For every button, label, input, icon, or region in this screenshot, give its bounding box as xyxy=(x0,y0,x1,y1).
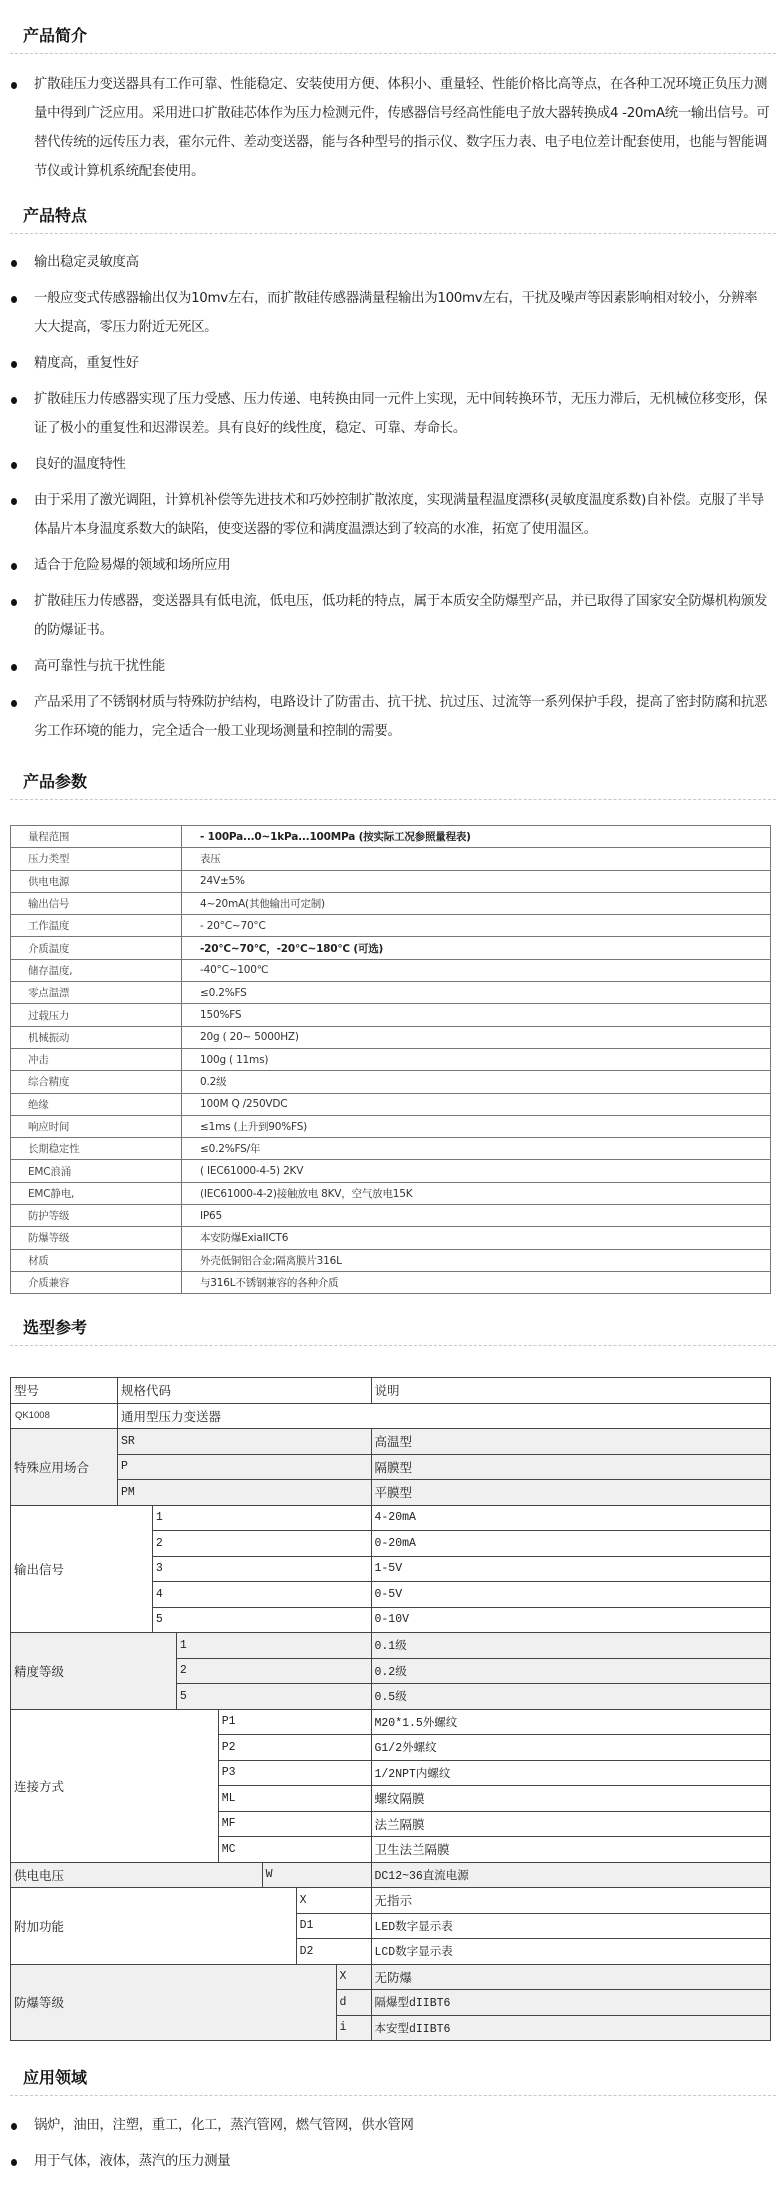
option-code: P3 xyxy=(218,1760,371,1786)
param-value: 本安防爆ExiaIICT6 xyxy=(182,1227,771,1249)
option-desc: 1/2NPT内螺纹 xyxy=(371,1760,771,1786)
table-row: 压力类型表压 xyxy=(11,848,771,870)
option-code: MF xyxy=(218,1811,371,1837)
param-name: 绝缘 xyxy=(11,1093,182,1115)
table-row: 储存温度,-40°C~100℃ xyxy=(11,959,771,981)
table-row: PM 平膜型 xyxy=(11,1480,771,1506)
option-desc: 卫生法兰隔膜 xyxy=(371,1837,771,1863)
param-name: 压力类型 xyxy=(11,848,182,870)
param-value: (IEC61000-4-2)接触放电 8KV，空气放电15K xyxy=(182,1182,771,1204)
param-value: ( IEC61000-4-5) 2KV xyxy=(182,1160,771,1182)
param-value: ≤0.2%FS xyxy=(182,982,771,1004)
param-value: ≤1ms (上升到90%FS) xyxy=(182,1115,771,1137)
list-item: 高可靠性与抗干扰性能 xyxy=(0,652,776,681)
param-value: 100g ( 11ms) xyxy=(182,1048,771,1070)
group-label: 输出信号 xyxy=(11,1505,153,1633)
option-code: MC xyxy=(218,1837,371,1863)
section-header-intro: 产品简介 xyxy=(10,22,776,54)
header-code: 规格代码 xyxy=(117,1378,371,1404)
model-desc: 通用型压力变送器 xyxy=(117,1403,770,1429)
table-row: 精度等级 1 0.1级 xyxy=(11,1633,771,1659)
intro-list: 扩散硅压力变送器具有工作可靠、性能稳定、安装使用方便、体积小、重量轻、性能价格比… xyxy=(0,70,776,193)
list-item: 用于气体，液体，蒸汽的压力测量 xyxy=(0,2147,776,2176)
section-title: 应用领域 xyxy=(23,2064,776,2092)
list-item: 良好的温度特性 xyxy=(0,450,776,479)
option-desc: 0-5V xyxy=(371,1582,771,1608)
param-value: 150%FS xyxy=(182,1004,771,1026)
list-item: 扩散硅压力变送器具有工作可靠、性能稳定、安装使用方便、体积小、重量轻、性能价格比… xyxy=(0,70,776,186)
table-row: 防爆等级本安防爆ExiaIICT6 xyxy=(11,1227,771,1249)
list-item: 锅炉，油田，注塑，重工，化工，蒸汽管网，燃气管网，供水管网 xyxy=(0,2111,776,2140)
option-code: 3 xyxy=(152,1556,371,1582)
param-value: 4~20mA(其他输出可定制) xyxy=(182,892,771,914)
table-row: 响应时间≤1ms (上升到90%FS) xyxy=(11,1115,771,1137)
group-label: 供电电压 xyxy=(11,1862,263,1888)
section-title: 产品参数 xyxy=(23,768,776,796)
option-desc: 0.1级 xyxy=(371,1633,771,1659)
option-desc: LED数字显示表 xyxy=(371,1913,771,1939)
group-label: 防爆等级 xyxy=(11,1964,337,2041)
option-desc: 无指示 xyxy=(371,1888,771,1914)
table-row: 附加功能 X 无指示 xyxy=(11,1888,771,1914)
param-name: EMC浪涌 xyxy=(11,1160,182,1182)
option-desc: DC12~36直流电源 xyxy=(371,1862,771,1888)
list-item: 输出稳定灵敏度高 xyxy=(0,248,776,277)
option-code: i xyxy=(336,2015,371,2041)
option-code: X xyxy=(336,1964,371,1990)
option-desc: 0-20mA xyxy=(371,1531,771,1557)
option-desc: G1/2外螺纹 xyxy=(371,1735,771,1761)
param-value: -40°C~100℃ xyxy=(182,959,771,981)
option-code: P2 xyxy=(218,1735,371,1761)
table-row: 防护等级IP65 xyxy=(11,1205,771,1227)
selection-header-row: 型号 规格代码 说明 xyxy=(11,1378,771,1404)
table-row: 零点温漂≤0.2%FS xyxy=(11,982,771,1004)
option-code: W xyxy=(262,1862,371,1888)
table-row: 输出信号 1 4-20mA xyxy=(11,1505,771,1531)
param-value: 外壳低铜铝合金;隔离膜片316L xyxy=(182,1249,771,1271)
list-item: 适合于危险易爆的领域和场所应用 xyxy=(0,551,776,580)
table-row: 长期稳定性≤0.2%FS/年 xyxy=(11,1138,771,1160)
param-value: 100M Q /250VDC xyxy=(182,1093,771,1115)
option-code: ML xyxy=(218,1786,371,1812)
param-value: 24V±5% xyxy=(182,870,771,892)
table-row: 综合精度0.2级 xyxy=(11,1071,771,1093)
param-name: EMC静电, xyxy=(11,1182,182,1204)
param-name: 工作温度 xyxy=(11,915,182,937)
param-name: 长期稳定性 xyxy=(11,1138,182,1160)
table-row: P 隔膜型 xyxy=(11,1454,771,1480)
section-header-features: 产品特点 xyxy=(10,202,776,234)
section-header-selection: 选型参考 xyxy=(10,1314,776,1346)
option-code: 2 xyxy=(152,1531,371,1557)
param-name: 防爆等级 xyxy=(11,1227,182,1249)
applications-list: 锅炉，油田，注塑，重工，化工，蒸汽管网，燃气管网，供水管网 用于气体，液体，蒸汽… xyxy=(0,2111,776,2183)
param-name: 量程范围 xyxy=(11,826,182,848)
option-code: 2 xyxy=(176,1658,371,1684)
option-code: 5 xyxy=(176,1684,371,1710)
param-value: 与316L不锈钢兼容的各种介质 xyxy=(182,1271,771,1293)
section-title: 选型参考 xyxy=(23,1314,776,1342)
features-list: 输出稳定灵敏度高 一般应变式传感器输出仅为10mv左右，而扩散硅传感器满量程输出… xyxy=(0,248,776,753)
option-desc: 本安型dIIBT6 xyxy=(371,2015,771,2041)
param-name: 输出信号 xyxy=(11,892,182,914)
param-name: 材质 xyxy=(11,1249,182,1271)
table-row: 介质兼容与316L不锈钢兼容的各种介质 xyxy=(11,1271,771,1293)
table-row: 供电电源24V±5% xyxy=(11,870,771,892)
option-code: 5 xyxy=(152,1607,371,1633)
option-code: P1 xyxy=(218,1709,371,1735)
table-row: 过载压力150%FS xyxy=(11,1004,771,1026)
option-desc: LCD数字显示表 xyxy=(371,1939,771,1965)
option-desc: 0.5级 xyxy=(371,1684,771,1710)
option-desc: 4-20mA xyxy=(371,1505,771,1531)
list-item: 扩散硅压力传感器，变送器具有低电流，低电压，低功耗的特点，属于本质安全防爆型产品… xyxy=(0,587,776,645)
model-code: QK1008 xyxy=(11,1403,118,1429)
option-code: D1 xyxy=(296,1913,371,1939)
param-name: 综合精度 xyxy=(11,1071,182,1093)
param-name: 介质温度 xyxy=(11,937,182,959)
param-value: 0.2级 xyxy=(182,1071,771,1093)
param-value: 20g ( 20~ 5000HZ) xyxy=(182,1026,771,1048)
param-value: - 100Pa...0~1kPa...100MPa (按实际工况参照量程表) xyxy=(182,826,771,848)
option-desc: 隔膜型 xyxy=(371,1454,771,1480)
option-code: X xyxy=(296,1888,371,1914)
table-row: 连接方式 P1 M20*1.5外螺纹 xyxy=(11,1709,771,1735)
option-desc: 0-10V xyxy=(371,1607,771,1633)
group-label: 附加功能 xyxy=(11,1888,297,1965)
table-row: 机械振动20g ( 20~ 5000HZ) xyxy=(11,1026,771,1048)
param-name: 冲击 xyxy=(11,1048,182,1070)
param-name: 机械振动 xyxy=(11,1026,182,1048)
option-code: 1 xyxy=(152,1505,371,1531)
option-desc: 0.2级 xyxy=(371,1658,771,1684)
option-code: 4 xyxy=(152,1582,371,1608)
table-row: 输出信号4~20mA(其他输出可定制) xyxy=(11,892,771,914)
table-row: 工作温度- 20°C~70°C xyxy=(11,915,771,937)
header-desc: 说明 xyxy=(371,1378,771,1404)
param-name: 储存温度, xyxy=(11,959,182,981)
table-row: 供电电压 W DC12~36直流电源 xyxy=(11,1862,771,1888)
param-name: 零点温漂 xyxy=(11,982,182,1004)
option-desc: 平膜型 xyxy=(371,1480,771,1506)
table-row: 绝缘100M Q /250VDC xyxy=(11,1093,771,1115)
table-row: 量程范围- 100Pa...0~1kPa...100MPa (按实际工况参照量程… xyxy=(11,826,771,848)
list-item: 产品采用了不锈钢材质与特殊防护结构，电路设计了防雷击、抗干扰、抗过压、过流等一系… xyxy=(0,688,776,746)
group-label: 连接方式 xyxy=(11,1709,219,1862)
group-label: 特殊应用场合 xyxy=(11,1429,118,1506)
section-title: 产品简介 xyxy=(23,22,776,50)
option-desc: 法兰隔膜 xyxy=(371,1811,771,1837)
param-name: 过载压力 xyxy=(11,1004,182,1026)
param-value: - 20°C~70°C xyxy=(182,915,771,937)
param-value: ≤0.2%FS/年 xyxy=(182,1138,771,1160)
param-name: 供电电源 xyxy=(11,870,182,892)
table-row: 冲击100g ( 11ms) xyxy=(11,1048,771,1070)
header-model: 型号 xyxy=(11,1378,118,1404)
param-value: -20°C~70°C，-20℃~180℃ (可选) xyxy=(182,937,771,959)
param-name: 响应时间 xyxy=(11,1115,182,1137)
list-item: 精度高，重复性好 xyxy=(0,349,776,378)
param-value: 表压 xyxy=(182,848,771,870)
option-code: PM xyxy=(117,1480,371,1506)
option-desc: 1-5V xyxy=(371,1556,771,1582)
table-row: 防爆等级 X 无防爆 xyxy=(11,1964,771,1990)
table-row: EMC静电,(IEC61000-4-2)接触放电 8KV，空气放电15K xyxy=(11,1182,771,1204)
option-desc: M20*1.5外螺纹 xyxy=(371,1709,771,1735)
option-code: d xyxy=(336,1990,371,2016)
section-header-params: 产品参数 xyxy=(10,768,776,800)
table-row: EMC浪涌( IEC61000-4-5) 2KV xyxy=(11,1160,771,1182)
list-item: 扩散硅压力传感器实现了压力受感、压力传递、电转换由同一元件上实现，无中间转换环节… xyxy=(0,385,776,443)
list-item: 由于采用了激光调阻，计算机补偿等先进技术和巧妙控制扩散浓度，实现满量程温度漂移(… xyxy=(0,486,776,544)
param-value: IP65 xyxy=(182,1205,771,1227)
option-code: SR xyxy=(117,1429,371,1455)
section-title: 产品特点 xyxy=(23,202,776,230)
param-name: 介质兼容 xyxy=(11,1271,182,1293)
table-row: 介质温度-20°C~70°C，-20℃~180℃ (可选) xyxy=(11,937,771,959)
option-desc: 螺纹隔膜 xyxy=(371,1786,771,1812)
list-item: 一般应变式传感器输出仅为10mv左右，而扩散硅传感器满量程输出为100mv左右，… xyxy=(0,284,776,342)
group-label: 精度等级 xyxy=(11,1633,177,1710)
selection-table: 型号 规格代码 说明 QK1008 通用型压力变送器 特殊应用场合 SR 高温型… xyxy=(10,1377,771,2041)
section-header-applications: 应用领域 xyxy=(10,2064,776,2096)
param-name: 防护等级 xyxy=(11,1205,182,1227)
option-desc: 隔爆型dIIBT6 xyxy=(371,1990,771,2016)
option-code: 1 xyxy=(176,1633,371,1659)
params-table: 量程范围- 100Pa...0~1kPa...100MPa (按实际工况参照量程… xyxy=(10,825,771,1294)
table-row: 材质外壳低铜铝合金;隔离膜片316L xyxy=(11,1249,771,1271)
option-desc: 高温型 xyxy=(371,1429,771,1455)
model-row: QK1008 通用型压力变送器 xyxy=(11,1403,771,1429)
option-desc: 无防爆 xyxy=(371,1964,771,1990)
option-code: D2 xyxy=(296,1939,371,1965)
table-row: 特殊应用场合 SR 高温型 xyxy=(11,1429,771,1455)
option-code: P xyxy=(117,1454,371,1480)
